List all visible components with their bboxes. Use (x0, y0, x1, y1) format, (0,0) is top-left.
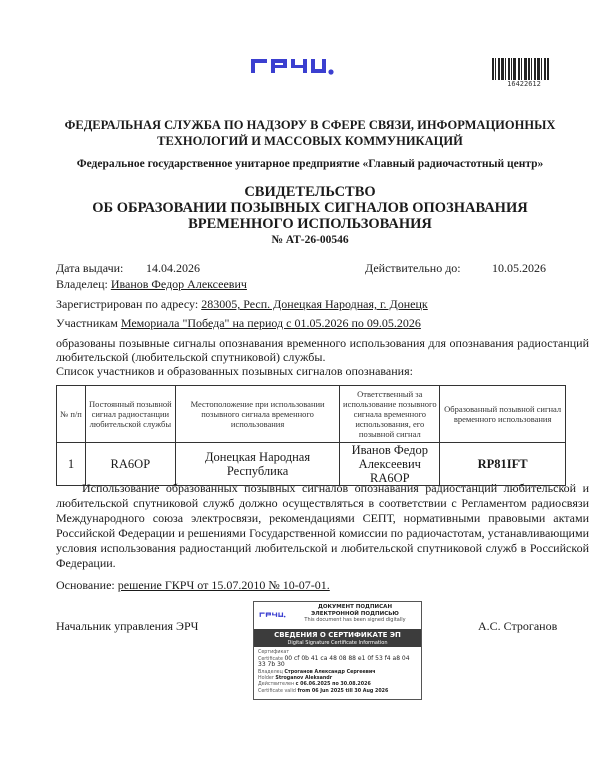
stamp-valid-en: from 06 Jun 2025 till 30 Aug 2026 (297, 689, 388, 694)
basis-value: решение ГКРЧ от 15.07.2010 № 10-07-01. (118, 578, 330, 592)
table-header-row: № п/п Постоянный позывной сигнал радиост… (57, 386, 566, 443)
owner-name: Иванов Федор Алексеевич (111, 277, 247, 291)
participants-value: Мемориала "Победа" на период с 01.05.202… (121, 316, 421, 330)
cell-number: 1 (57, 443, 86, 486)
stamp-logo (259, 606, 289, 618)
signer-position: Начальник управления ЭРЧ (56, 619, 198, 634)
grchc-logo (249, 52, 345, 82)
stamp-valid-ru: с 06.06.2025 по 30.08.2026 (296, 682, 371, 687)
agency-name: ФЕДЕРАЛЬНАЯ СЛУЖБА ПО НАДЗОРУ В СФЕРЕ СВ… (40, 117, 580, 149)
valid-until-date: 10.05.2026 (492, 261, 546, 275)
barcode-number: 16422612 (492, 80, 556, 88)
header-temporary-callsign: Образованный позывной сигнал временного … (440, 386, 566, 443)
agency-line-1: ФЕДЕРАЛЬНАЯ СЛУЖБА ПО НАДЗОРУ В СФЕРЕ СВ… (40, 117, 580, 133)
agency-line-2: ТЕХНОЛОГИЙ И МАССОВЫХ КОММУНИКАЦИЙ (40, 133, 580, 149)
header-number: № п/п (57, 386, 86, 443)
owner-row: Владелец: Иванов Федор Алексеевич (56, 277, 247, 291)
participants-row: Участникам Мемориала "Победа" на период … (56, 316, 421, 330)
header-location: Местоположение при использовании позывно… (175, 386, 340, 443)
table-row: 1 RA6OP Донецкая Народная Республика Ива… (57, 443, 566, 486)
basis-row: Основание: решение ГКРЧ от 15.07.2010 № … (56, 578, 330, 593)
stamp-certificate-bar: СВЕДЕНИЯ О СЕРТИФИКАТЕ ЭП Digital Signat… (254, 629, 421, 647)
stamp-bar-ru: СВЕДЕНИЯ О СЕРТИФИКАТЕ ЭП (254, 629, 421, 640)
valid-until-label: Действительно до: (365, 261, 461, 275)
stamp-valid-label-en: Certificate valid (258, 689, 296, 694)
address-row: Зарегистрирован по адресу: 283005, Респ.… (56, 297, 428, 311)
callsign-table: № п/п Постоянный позывной сигнал радиост… (56, 385, 566, 486)
digital-signature-stamp: ДОКУМЕНТ ПОДПИСАН ЭЛЕКТРОННОЙ ПОДПИСЬЮ T… (253, 601, 422, 700)
title-line-3: ВРЕМЕННОГО ИСПОЛЬЗОВАНИЯ (80, 216, 540, 232)
title-line-1: СВИДЕТЕЛЬСТВО (80, 184, 540, 200)
document-title: СВИДЕТЕЛЬСТВО ОБ ОБРАЗОВАНИИ ПОЗЫВНЫХ СИ… (80, 184, 540, 248)
issue-date: 14.04.2026 (146, 261, 200, 275)
address-value: 283005, Респ. Донецкая Народная, г. Доне… (201, 297, 428, 311)
cell-location: Донецкая Народная Республика (175, 443, 340, 486)
header-responsible: Ответственный за использование позывного… (340, 386, 440, 443)
list-heading: Список участников и образованных позывны… (56, 364, 589, 378)
barcode (492, 58, 556, 80)
stamp-valid-label-ru: Действителен (258, 682, 294, 687)
cell-responsible: Иванов Федор Алексеевич RA6OP (340, 443, 440, 486)
issue-date-label: Дата выдачи: (56, 261, 123, 275)
stamp-holder-label-ru: Владелец (258, 670, 283, 675)
owner-label: Владелец: (56, 277, 111, 291)
header-permanent-callsign: Постоянный позывной сигнал радиостанции … (85, 386, 175, 443)
basis-label: Основание: (56, 578, 118, 592)
stamp-bar-en: Digital Signature Certificate Informatio… (254, 640, 421, 646)
participants-label: Участникам (56, 316, 121, 330)
certificate-number: № АТ-26-00546 (80, 232, 540, 248)
address-label: Зарегистрирован по адресу: (56, 297, 201, 311)
title-line-2: ОБ ОБРАЗОВАНИИ ПОЗЫВНЫХ СИГНАЛОВ ОПОЗНАВ… (80, 200, 540, 216)
intro-paragraph: образованы позывные сигналы опознавания … (56, 336, 589, 364)
enterprise-name: Федеральное государственное унитарное пр… (40, 158, 580, 170)
usage-terms: Использование образованных позывных сигн… (56, 481, 589, 571)
stamp-signed-text: ДОКУМЕНТ ПОДПИСАН ЭЛЕКТРОННОЙ ПОДПИСЬЮ T… (294, 604, 416, 624)
cell-temporary-callsign: RP81IFT (440, 443, 566, 486)
stamp-signed-en: This document has been signed digitally (294, 617, 416, 624)
cell-permanent-callsign: RA6OP (85, 443, 175, 486)
intro-text: образованы позывные сигналы опознавания … (56, 336, 589, 378)
stamp-holder-ru: Строганов Александр Сергеевич (284, 670, 375, 675)
stamp-details: Сертификат Certificate 00 cf 0b 41 ca 48… (254, 647, 421, 697)
signer-name: А.С. Строганов (478, 619, 557, 634)
